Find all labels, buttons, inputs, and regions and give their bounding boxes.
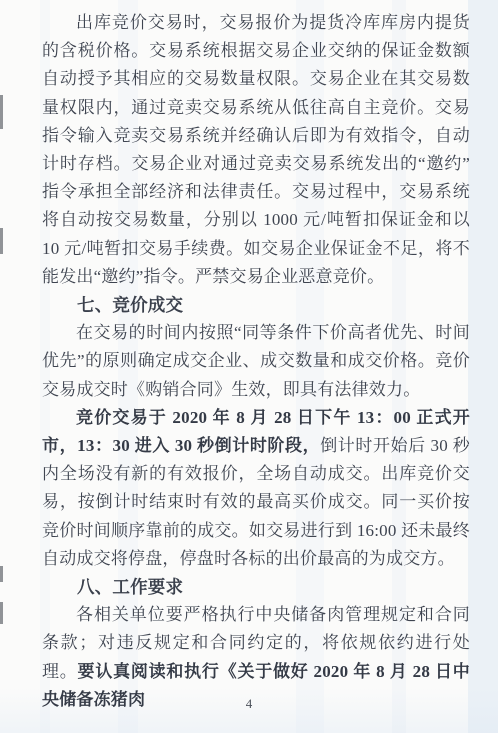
page-number: 4 — [0, 696, 498, 712]
heading-section-7-auction-deal: 七、竞价成交 — [42, 291, 470, 319]
paragraph-auction-schedule: 竞价交易于 2020 年 8 月 28 日下午 13：00 正式开市，13：30… — [42, 404, 470, 573]
scan-edge-mark — [0, 95, 3, 129]
heading-section-8-work-requirements: 八、工作要求 — [42, 573, 470, 601]
scan-edge-mark — [0, 228, 3, 254]
paragraph-deal-principle: 在交易的时间内按照“同等条件下价高者优先、时间优先”的原则确定成交企业、成交数量… — [42, 319, 470, 404]
paragraph-outbound-auction-rules: 出库竞价交易时，交易报价为提货冷库库房内提货的含税价格。交易系统根据交易企业交纳… — [42, 9, 470, 291]
scanned-document-page: 出库竞价交易时，交易报价为提货冷库库房内提货的含税价格。交易系统根据交易企业交纳… — [0, 0, 498, 733]
scan-streak — [468, 0, 498, 733]
scan-edge-mark — [0, 602, 3, 624]
scan-edge-mark — [0, 566, 3, 582]
document-body: 出库竞价交易时，交易报价为提货冷库库房内提货的含税价格。交易系统根据交易企业交纳… — [42, 9, 470, 714]
auction-schedule-rest-run: 倒计时开始后 30 秒内全场没有新的有效报价，全场自动成交。出库竞价交易，按倒计… — [42, 436, 470, 568]
